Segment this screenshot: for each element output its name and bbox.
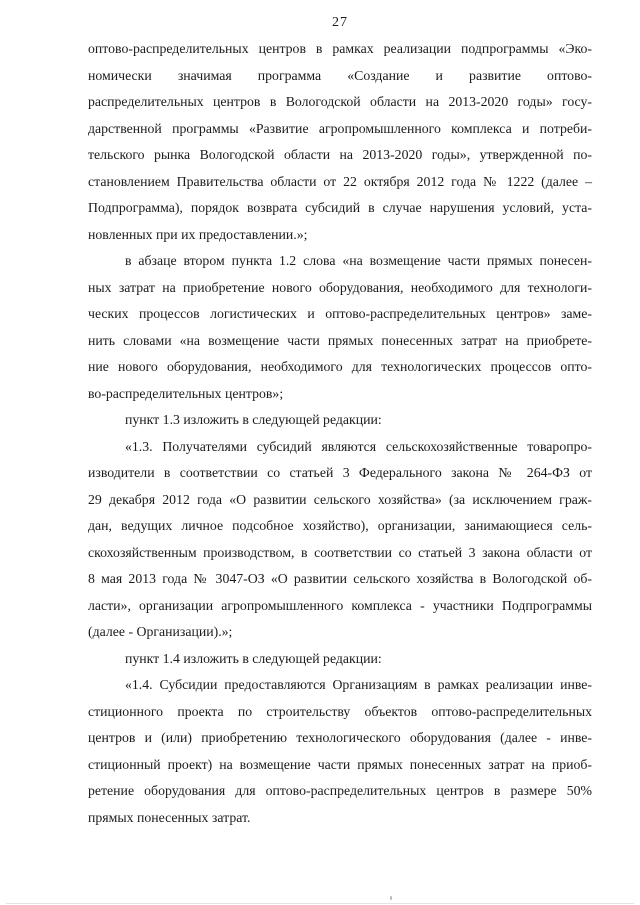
text-line: новленных при их предоставлении.»; xyxy=(88,222,592,249)
paragraph: пункт 1.4 изложить в следующей редакции: xyxy=(88,646,592,673)
text-line: нить словами «на возмещение части прямых… xyxy=(88,328,592,355)
text-line: стиционный проект) на возмещение части п… xyxy=(88,752,592,779)
text-line: дарственной программы «Развитие агропром… xyxy=(88,116,592,143)
text-line: в абзаце втором пункта 1.2 слова «на воз… xyxy=(88,248,592,275)
text-line: 29 декабря 2012 года «О развитии сельско… xyxy=(88,487,592,514)
document-page: 27 оптово-распределительных центров в ра… xyxy=(0,0,640,905)
text-line: 8 мая 2013 года № 3047-ОЗ «О развитии се… xyxy=(88,566,592,593)
text-line: номически значимая программа «Создание и… xyxy=(88,63,592,90)
text-line: тельского рынка Вологодской области на 2… xyxy=(88,142,592,169)
text-line: пункт 1.3 изложить в следующей редакции: xyxy=(88,407,592,434)
page-number: 27 xyxy=(88,15,592,31)
paragraph: «1.3. Получателями субсидий являются сел… xyxy=(88,434,592,646)
text-line: изводители в соответствии со статьей 3 Ф… xyxy=(88,460,592,487)
text-line: (далее - Организации).»; xyxy=(88,619,592,646)
paragraph: в абзаце втором пункта 1.2 слова «на воз… xyxy=(88,248,592,407)
text-line: ческих процессов логистических и оптово-… xyxy=(88,301,592,328)
page-bottom-edge xyxy=(6,903,634,904)
text-line: пункт 1.4 изложить в следующей редакции: xyxy=(88,646,592,673)
text-line: ние нового оборудования, необходимого дл… xyxy=(88,354,592,381)
scan-artifact xyxy=(390,896,392,900)
text-line: «1.4. Субсидии предоставляются Организац… xyxy=(88,672,592,699)
text-line: ных затрат на приобретение нового оборуд… xyxy=(88,275,592,302)
text-line: прямых понесенных затрат. xyxy=(88,805,592,832)
text-line: оптово-распределительных центров в рамка… xyxy=(88,36,592,63)
paragraph: «1.4. Субсидии предоставляются Организац… xyxy=(88,672,592,831)
text-line: центров и (или) приобретению технологиче… xyxy=(88,725,592,752)
text-line: стиционного проекта по строительству объ… xyxy=(88,699,592,726)
document-text-block: оптово-распределительных центров в рамка… xyxy=(88,36,592,831)
text-line: становлением Правительства области от 22… xyxy=(88,169,592,196)
paragraph: пункт 1.3 изложить в следующей редакции: xyxy=(88,407,592,434)
text-line: дан, ведущих личное подсобное хозяйство)… xyxy=(88,513,592,540)
text-line: ретение оборудования для оптово-распреде… xyxy=(88,778,592,805)
paragraph: оптово-распределительных центров в рамка… xyxy=(88,36,592,248)
text-line: скохозяйственным производством, в соотве… xyxy=(88,540,592,567)
text-line: во-распределительных центров»; xyxy=(88,381,592,408)
text-line: «1.3. Получателями субсидий являются сел… xyxy=(88,434,592,461)
text-line: ласти», организации агропромышленного ко… xyxy=(88,593,592,620)
text-line: Подпрограмма), порядок возврата субсидий… xyxy=(88,195,592,222)
text-line: распределительных центров в Вологодской … xyxy=(88,89,592,116)
